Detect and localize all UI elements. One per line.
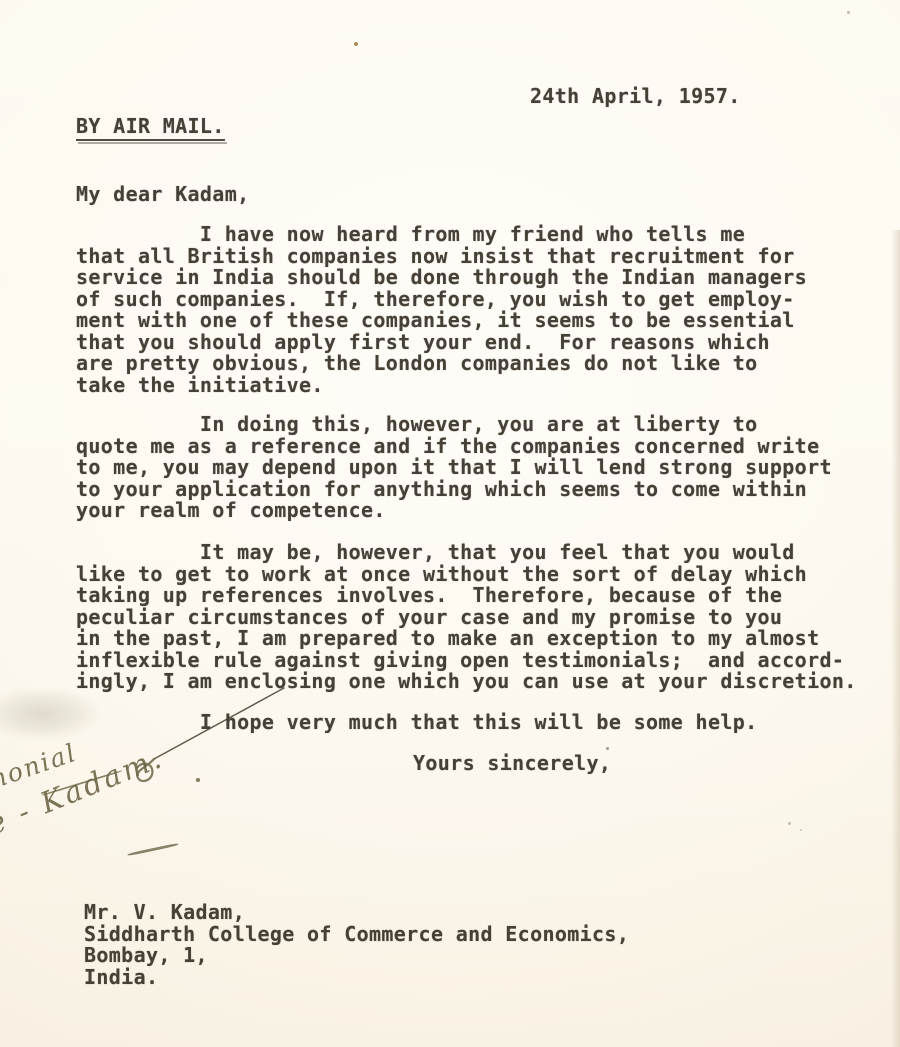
scanned-letter-page: 24th April, 1957. BY AIR MAIL. My dear K… xyxy=(0,0,900,1047)
closing-line: Yours sincerely, xyxy=(413,753,611,775)
paper-speck xyxy=(800,829,802,831)
paper-speck xyxy=(354,42,358,46)
handwritten-period-dot xyxy=(196,778,200,782)
paragraph-hope: I hope very much that this will be some … xyxy=(76,712,758,734)
recipient-address: Mr. V. Kadam, Siddharth College of Comme… xyxy=(84,902,629,988)
letter-date: 24th April, 1957. xyxy=(530,86,741,108)
airmail-heading: BY AIR MAIL. xyxy=(76,116,225,141)
airmail-label: BY AIR MAIL. xyxy=(76,116,225,141)
scan-edge-shadow xyxy=(891,230,900,1047)
paper-speck xyxy=(847,11,850,14)
paragraph-reference: In doing this, however, you are at liber… xyxy=(76,414,832,522)
paper-speck xyxy=(606,747,609,750)
pen-pointer-line xyxy=(0,0,900,1047)
paragraph-recruitment: I have now heard from my friend who tell… xyxy=(76,224,807,396)
paragraph-testimonial: It may be, however, that you feel that y… xyxy=(76,542,857,693)
handwritten-underline-dash xyxy=(127,843,178,857)
paper-speck xyxy=(788,822,791,825)
salutation: My dear Kadam, xyxy=(76,184,249,206)
